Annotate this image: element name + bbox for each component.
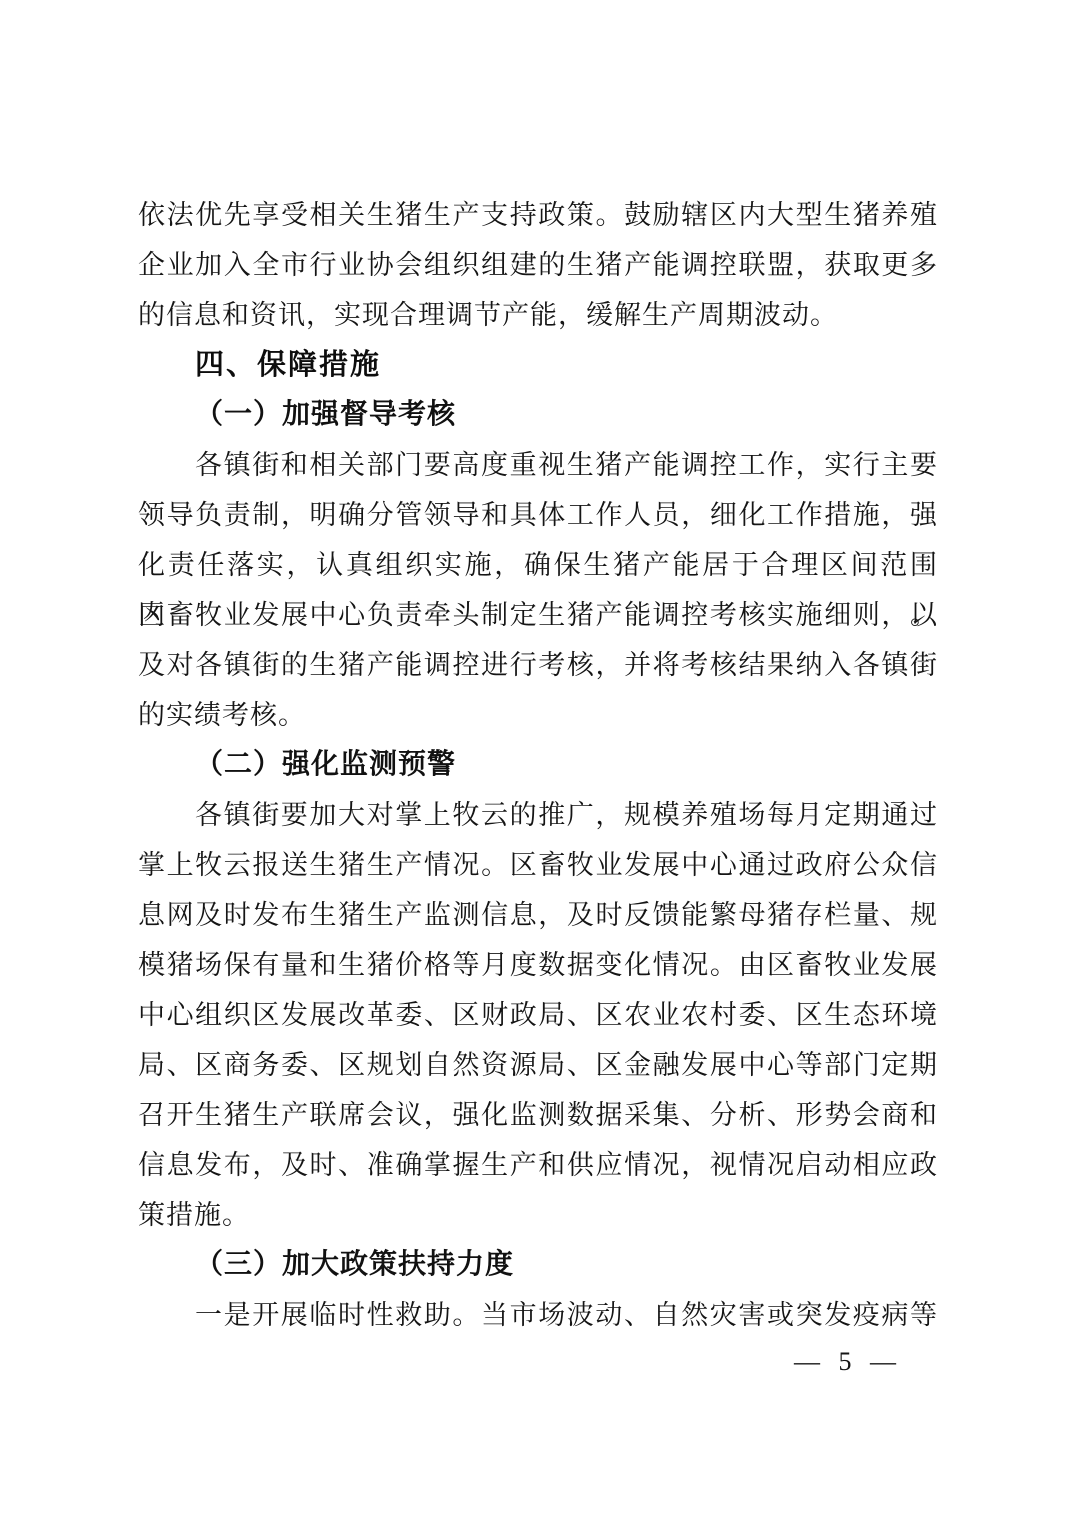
text-line: 依法优先享受相关生猪生产支持政策。鼓励辖区内大型生猪养殖 xyxy=(138,190,938,240)
subsection-heading: （三）加大政策扶持力度 xyxy=(138,1240,938,1290)
text-line: 及对各镇街的生猪产能调控进行考核，并将考核结果纳入各镇街 xyxy=(138,640,938,690)
paragraph: 各镇街和相关部门要高度重视生猪产能调控工作，实行主要领导负责制，明确分管领导和具… xyxy=(138,440,938,740)
paragraph: 依法优先享受相关生猪生产支持政策。鼓励辖区内大型生猪养殖企业加入全市行业协会组织… xyxy=(138,190,938,340)
text-line: 各镇街和相关部门要高度重视生猪产能调控工作，实行主要 xyxy=(138,440,938,490)
text-line: 一是开展临时性救助。当市场波动、自然灾害或突发疫病等 xyxy=(138,1290,938,1340)
text-line: 各镇街要加大对掌上牧云的推广，规模养殖场每月定期通过 xyxy=(138,790,938,840)
section-heading: 四、保障措施 xyxy=(138,340,938,390)
page-number: — 5 — xyxy=(794,1342,902,1382)
text-line: 中心组织区发展改革委、区财政局、区农业农村委、区生态环境 xyxy=(138,990,938,1040)
text-line: 的信息和资讯，实现合理调节产能，缓解生产周期波动。 xyxy=(138,290,938,340)
text-line: 区畜牧业发展中心负责牵头制定生猪产能调控考核实施细则，以 xyxy=(138,590,938,640)
text-line: 召开生猪生产联席会议，强化监测数据采集、分析、形势会商和 xyxy=(138,1090,938,1140)
text-line: 局、区商务委、区规划自然资源局、区金融发展中心等部门定期 xyxy=(138,1040,938,1090)
text-line: 策措施。 xyxy=(138,1190,938,1240)
paragraph: 各镇街要加大对掌上牧云的推广，规模养殖场每月定期通过掌上牧云报送生猪生产情况。区… xyxy=(138,790,938,1240)
text-line: （三）加大政策扶持力度 xyxy=(138,1240,938,1290)
text-line: 的实绩考核。 xyxy=(138,690,938,740)
text-line: 化责任落实，认真组织实施，确保生猪产能居于合理区间范围内。 xyxy=(138,540,938,590)
text-line: 息网及时发布生猪生产监测信息，及时反馈能繁母猪存栏量、规 xyxy=(138,890,938,940)
text-line: 信息发布，及时、准确掌握生产和供应情况，视情况启动相应政 xyxy=(138,1140,938,1190)
text-line: 企业加入全市行业协会组织组建的生猪产能调控联盟，获取更多 xyxy=(138,240,938,290)
document-page: 依法优先享受相关生猪生产支持政策。鼓励辖区内大型生猪养殖企业加入全市行业协会组织… xyxy=(0,0,1074,1520)
subsection-heading: （二）强化监测预警 xyxy=(138,740,938,790)
text-line: 领导负责制，明确分管领导和具体工作人员，细化工作措施，强 xyxy=(138,490,938,540)
paragraph: 一是开展临时性救助。当市场波动、自然灾害或突发疫病等 xyxy=(138,1290,938,1340)
text-line: （二）强化监测预警 xyxy=(138,740,938,790)
text-line: 掌上牧云报送生猪生产情况。区畜牧业发展中心通过政府公众信 xyxy=(138,840,938,890)
text-line: 四、保障措施 xyxy=(138,340,938,390)
document-body: 依法优先享受相关生猪生产支持政策。鼓励辖区内大型生猪养殖企业加入全市行业协会组织… xyxy=(138,190,938,1340)
subsection-heading: （一）加强督导考核 xyxy=(138,390,938,440)
text-line: 模猪场保有量和生猪价格等月度数据变化情况。由区畜牧业发展 xyxy=(138,940,938,990)
text-line: （一）加强督导考核 xyxy=(138,390,938,440)
